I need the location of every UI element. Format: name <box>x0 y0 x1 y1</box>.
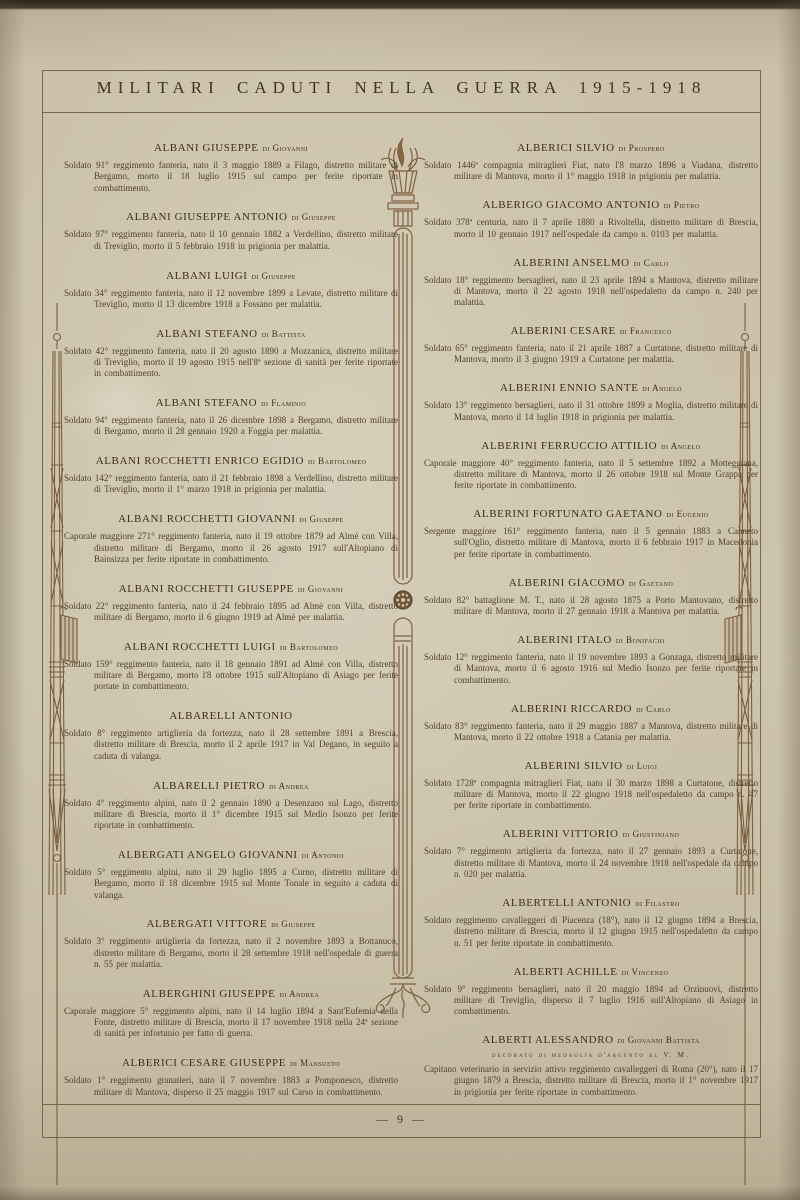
soldier-entry-heading: ALBANI GIUSEPPEdi Giovanni <box>64 140 398 155</box>
soldier-entry-heading: ALBERGATI ANGELO GIOVANNIdi Antonio <box>64 847 398 862</box>
soldier-entry: ALBERINI ANSELMOdi Carlo Soldato 18° reg… <box>424 255 758 309</box>
photo-top-edge <box>0 0 800 10</box>
footer-top-rule <box>42 1104 761 1105</box>
soldier-record-text: Soldato 9° reggimento bersaglieri, nato … <box>424 984 758 1018</box>
soldier-entry: ALBERINI SILVIOdi Luigi Soldato 1728ª co… <box>424 758 758 812</box>
soldier-entry: ALBANI GIUSEPPE ANTONIOdi Giuseppe Solda… <box>64 209 398 252</box>
soldier-name: ALBANI GIUSEPPE <box>154 142 259 154</box>
soldier-name: ALBANI ROCCHETTI ENRICO EGIDIO <box>96 455 304 467</box>
paper-bottom-shading <box>0 1186 800 1200</box>
soldier-name: ALBERINI FERRUCCIO ATTILIO <box>481 440 657 452</box>
soldier-entry: ALBERINI ENNIO SANTEdi Angelo Soldato 13… <box>424 380 758 423</box>
soldier-entry-heading: ALBANI ROCCHETTI ENRICO EGIDIOdi Bartolo… <box>64 453 398 468</box>
soldier-patronymic: di Giovanni <box>298 584 343 594</box>
soldier-record-text: Soldato 18° reggimento bersaglieri, nato… <box>424 275 758 309</box>
soldier-entry: ALBARELLI PIETROdi Andrea Soldato 4° reg… <box>64 778 398 832</box>
soldier-record-text: Soldato 8° reggimento artiglieria da for… <box>64 728 398 762</box>
soldier-name: ALBANI ROCCHETTI GIOVANNI <box>118 513 295 525</box>
soldier-record-text: Soldato 378ª centuria, nato il 7 aprile … <box>424 217 758 240</box>
soldier-record-text: Soldato 42° reggimento fanteria, nato il… <box>64 346 398 380</box>
soldier-entry-heading: ALBANI STEFANOdi Battista <box>64 326 398 341</box>
soldier-record-text: Soldato 65° reggimento fanteria, nato il… <box>424 343 758 366</box>
soldier-entry-heading: ALBERINI CESAREdi Francesco <box>424 323 758 338</box>
soldier-name: ALBERTI ACHILLE <box>514 966 618 978</box>
soldier-name: ALBERINI RICCARDO <box>511 703 632 715</box>
soldier-entry: ALBERTI ALESSANDROdi Giovanni Battista d… <box>424 1032 758 1098</box>
soldier-patronymic: di Vincenzo <box>622 967 669 977</box>
soldier-record-text: Caporale maggiore 40° reggimento fanteri… <box>424 458 758 492</box>
soldier-entry: ALBANI STEFANOdi Flaminio Soldato 94° re… <box>64 395 398 438</box>
soldier-entry: ALBERGATI VITTOREdi Giuseppe Soldato 3° … <box>64 916 398 970</box>
soldier-entry: ALBANI STEFANOdi Battista Soldato 42° re… <box>64 326 398 380</box>
soldier-entry: ALBERINI FERRUCCIO ATTILIOdi Angelo Capo… <box>424 438 758 492</box>
soldier-patronymic: di Giovanni Battista <box>618 1035 700 1045</box>
soldier-patronymic: di Giovanni <box>263 143 308 153</box>
soldier-name: ALBARELLI ANTONIO <box>169 710 292 722</box>
soldier-name: ALBERINI VITTORIO <box>503 828 619 840</box>
soldier-entry-heading: ALBERINI ENNIO SANTEdi Angelo <box>424 380 758 395</box>
soldier-entry: ALBERIGO GIACOMO ANTONIOdi Pietro Soldat… <box>424 197 758 240</box>
soldier-record-text: Soldato 22° reggimento fanteria, nato il… <box>64 601 398 624</box>
soldier-entry-heading: ALBANI ROCCHETTI LUIGIdi Bartolomeo <box>64 639 398 654</box>
soldier-name: ALBERGHINI GIUSEPPE <box>143 988 276 1000</box>
soldier-honor-line: decorato di medaglia d'argento al V. M. <box>424 1050 758 1059</box>
soldier-name: ALBERINI SILVIO <box>525 760 623 772</box>
soldier-name: ALBERTI ALESSANDRO <box>482 1034 613 1046</box>
soldier-record-text: Soldato 1° reggimento granatieri, nato i… <box>64 1075 398 1098</box>
soldier-name: ALBERINI ITALO <box>517 634 612 646</box>
lance-knob <box>54 334 61 341</box>
soldier-name: ALBANI ROCCHETTI GIUSEPPE <box>119 583 294 595</box>
soldier-entry-heading: ALBANI ROCCHETTI GIOVANNIdi Giuseppe <box>64 511 398 526</box>
soldier-patronymic: di Giustiniano <box>623 829 680 839</box>
soldier-entry-heading: ALBERINI RICCARDOdi Carlo <box>424 701 758 716</box>
soldier-record-text: Soldato 1728ª compagnia mitraglieri Fiat… <box>424 778 758 812</box>
soldier-entry: ALBANI ROCCHETTI ENRICO EGIDIOdi Bartolo… <box>64 453 398 496</box>
soldier-record-text: Soldato 5° reggimento alpini, nato il 29… <box>64 867 398 901</box>
soldier-entry-heading: ALBERICI CESARE GIUSEPPEdi Mansueto <box>64 1055 398 1070</box>
soldier-patronymic: di Gaetano <box>629 578 673 588</box>
soldier-entry: ALBANI LUIGIdi Giuseppe Soldato 34° regg… <box>64 268 398 311</box>
soldier-record-text: Sergente maggiore 161° reggimento fanter… <box>424 526 758 560</box>
soldier-record-text: Soldato 3° reggimento artiglieria da for… <box>64 936 398 970</box>
soldier-entry-heading: ALBERINI ANSELMOdi Carlo <box>424 255 758 270</box>
soldier-entry: ALBERINI VITTORIOdi Giustiniano Soldato … <box>424 826 758 880</box>
soldier-record-text: Caporale maggiore 271° reggimento fanter… <box>64 531 398 565</box>
soldier-record-text: Soldato 97° reggimento fanteria, nato il… <box>64 229 398 252</box>
soldier-patronymic: di Filastro <box>635 898 679 908</box>
soldier-record-text: Soldato 4° reggimento alpini, nato il 2 … <box>64 798 398 832</box>
soldier-entry-heading: ALBERINI GIACOMOdi Gaetano <box>424 575 758 590</box>
soldier-name: ALBARELLI PIETRO <box>153 780 265 792</box>
soldier-name: ALBERINI ENNIO SANTE <box>500 382 638 394</box>
soldier-record-text: Soldato 13° reggimento bersaglieri, nato… <box>424 400 758 423</box>
soldier-patronymic: di Carlo <box>636 704 671 714</box>
soldier-record-text: Soldato 1446ª compagnia mitraglieri Fiat… <box>424 160 758 183</box>
soldier-patronymic: di Antonio <box>302 850 344 860</box>
soldier-record-text: Soldato 82° battaglione M. T., nato il 2… <box>424 595 758 618</box>
soldier-record-text: Soldato 83° reggimento fanteria, nato il… <box>424 721 758 744</box>
soldier-record-text: Soldato 12° reggimento fanteria, nato il… <box>424 652 758 686</box>
soldier-entry-heading: ALBANI STEFANOdi Flaminio <box>64 395 398 410</box>
soldier-patronymic: di Andrea <box>269 781 309 791</box>
soldier-entry-heading: ALBERGHINI GIUSEPPEdi Andrea <box>64 986 398 1001</box>
soldier-entry: ALBERINI GIACOMOdi Gaetano Soldato 82° b… <box>424 575 758 618</box>
soldier-entry: ALBANI ROCCHETTI GIOVANNIdi Giuseppe Cap… <box>64 511 398 565</box>
soldier-record-text: Caporale maggiore 5° reggimento alpini, … <box>64 1006 398 1040</box>
soldier-entry-heading: ALBERTI ALESSANDROdi Giovanni Battista <box>424 1032 758 1047</box>
soldier-name: ALBANI STEFANO <box>156 397 257 409</box>
frame-bottom-rule <box>42 1137 761 1138</box>
soldier-name: ALBANI ROCCHETTI LUIGI <box>124 641 276 653</box>
soldier-entry: ALBERINI FORTUNATO GAETANOdi Eugenio Ser… <box>424 506 758 560</box>
soldier-patronymic: di Bartolomeo <box>308 456 366 466</box>
soldier-entry-heading: ALBERINI FORTUNATO GAETANOdi Eugenio <box>424 506 758 521</box>
soldier-record-text: Soldato 94° reggimento fanteria, nato il… <box>64 415 398 438</box>
soldier-entry-heading: ALBANI GIUSEPPE ANTONIOdi Giuseppe <box>64 209 398 224</box>
soldier-name: ALBERINI ANSELMO <box>513 257 629 269</box>
soldier-entry-heading: ALBERINI FERRUCCIO ATTILIOdi Angelo <box>424 438 758 453</box>
title-underline-rule <box>42 112 761 113</box>
soldier-patronymic: di Giuseppe <box>300 514 344 524</box>
soldier-name: ALBERGATI VITTORE <box>147 918 268 930</box>
frame-top-rule <box>42 70 761 71</box>
soldier-entry: ALBERTI ACHILLEdi Vincenzo Soldato 9° re… <box>424 964 758 1018</box>
soldier-patronymic: di Giuseppe <box>252 271 296 281</box>
soldier-record-text: Capitano veterinario in servizio attivo … <box>424 1064 758 1098</box>
memorial-book-page: MILITARI CADUTI NELLA GUERRA 1915-1918 <box>0 0 800 1200</box>
soldier-entry-heading: ALBANI LUIGIdi Giuseppe <box>64 268 398 283</box>
soldier-record-text: Soldato 159° reggimento fanteria, nato i… <box>64 659 398 693</box>
soldier-patronymic: di Giuseppe <box>271 919 315 929</box>
entries-column-left: ALBANI GIUSEPPEdi Giovanni Soldato 91° r… <box>64 140 398 1098</box>
soldier-name: ALBANI GIUSEPPE ANTONIO <box>126 211 288 223</box>
soldier-entry: ALBERGATI ANGELO GIOVANNIdi Antonio Sold… <box>64 847 398 901</box>
soldier-patronymic: di Pietro <box>664 200 700 210</box>
soldier-name: ALBANI STEFANO <box>156 328 257 340</box>
soldier-entry: ALBERINI ITALOdi Bonifacio Soldato 12° r… <box>424 632 758 686</box>
soldier-patronymic: di Luigi <box>627 761 658 771</box>
soldier-entry-heading: ALBANI ROCCHETTI GIUSEPPEdi Giovanni <box>64 581 398 596</box>
soldier-entry: ALBERTELLI ANTONIOdi Filastro Soldato re… <box>424 895 758 949</box>
soldier-name: ALBERIGO GIACOMO ANTONIO <box>482 199 659 211</box>
soldier-entry: ALBANI ROCCHETTI LUIGIdi Bartolomeo Sold… <box>64 639 398 693</box>
soldier-entry: ALBERINI RICCARDOdi Carlo Soldato 83° re… <box>424 701 758 744</box>
soldier-patronymic: di Battista <box>262 329 306 339</box>
soldier-name: ALBERINI CESARE <box>511 325 616 337</box>
soldier-patronymic: di Prospero <box>619 143 665 153</box>
soldier-entry-heading: ALBERGATI VITTOREdi Giuseppe <box>64 916 398 931</box>
soldier-entry-heading: ALBERIGO GIACOMO ANTONIOdi Pietro <box>424 197 758 212</box>
soldier-entry-heading: ALBERINI VITTORIOdi Giustiniano <box>424 826 758 841</box>
soldier-patronymic: di Angelo <box>661 441 700 451</box>
soldier-name: ALBERTELLI ANTONIO <box>502 897 631 909</box>
paper-left-shading <box>0 0 26 1200</box>
page-number: — 9 — <box>42 1112 761 1127</box>
soldier-entry: ALBANI ROCCHETTI GIUSEPPEdi Giovanni Sol… <box>64 581 398 624</box>
soldier-name: ALBERGATI ANGELO GIOVANNI <box>118 849 298 861</box>
soldier-record-text: Soldato 142° reggimento fanteria, nato i… <box>64 473 398 496</box>
soldier-name: ALBANI LUIGI <box>166 270 247 282</box>
soldier-patronymic: di Mansueto <box>290 1058 340 1068</box>
soldier-entry-heading: ALBERTELLI ANTONIOdi Filastro <box>424 895 758 910</box>
soldier-entry: ALBANI GIUSEPPEdi Giovanni Soldato 91° r… <box>64 140 398 194</box>
soldier-entry-heading: ALBERTI ACHILLEdi Vincenzo <box>424 964 758 979</box>
soldier-patronymic: di Flaminio <box>261 398 306 408</box>
soldier-entry: ALBERICI CESARE GIUSEPPEdi Mansueto Sold… <box>64 1055 398 1098</box>
soldier-patronymic: di Carlo <box>634 258 669 268</box>
soldier-name: ALBERICI SILVIO <box>517 142 615 154</box>
soldier-entry: ALBARELLI ANTONIO Soldato 8° reggimento … <box>64 708 398 762</box>
soldier-record-text: Soldato reggimento cavalleggeri di Piace… <box>424 915 758 949</box>
soldier-entry-heading: ALBARELLI PIETROdi Andrea <box>64 778 398 793</box>
soldier-name: ALBERICI CESARE GIUSEPPE <box>122 1057 286 1069</box>
soldier-entry-heading: ALBERICI SILVIOdi Prospero <box>424 140 758 155</box>
soldier-patronymic: di Bonifacio <box>616 635 665 645</box>
soldier-name: ALBERINI GIACOMO <box>509 577 625 589</box>
soldier-entry: ALBERINI CESAREdi Francesco Soldato 65° … <box>424 323 758 366</box>
soldier-patronymic: di Giuseppe <box>292 212 336 222</box>
soldier-patronymic: di Eugenio <box>667 509 709 519</box>
soldier-patronymic: di Angelo <box>643 383 682 393</box>
soldier-entry-heading: ALBERINI ITALOdi Bonifacio <box>424 632 758 647</box>
soldier-entry-heading: ALBERINI SILVIOdi Luigi <box>424 758 758 773</box>
soldier-patronymic: di Francesco <box>620 326 672 336</box>
soldier-record-text: Soldato 34° reggimento fanteria, nato il… <box>64 288 398 311</box>
paper-right-shading <box>778 0 800 1200</box>
soldier-patronymic: di Bartolomeo <box>280 642 338 652</box>
soldier-entry: ALBERICI SILVIOdi Prospero Soldato 1446ª… <box>424 140 758 183</box>
soldier-name: ALBERINI FORTUNATO GAETANO <box>473 508 662 520</box>
soldier-record-text: Soldato 91° reggimento fanteria, nato il… <box>64 160 398 194</box>
soldier-entry-heading: ALBARELLI ANTONIO <box>64 708 398 723</box>
soldier-record-text: Soldato 7° reggimento artiglieria da for… <box>424 846 758 880</box>
entries-column-right: ALBERICI SILVIOdi Prospero Soldato 1446ª… <box>424 140 758 1098</box>
soldier-patronymic: di Andrea <box>279 989 319 999</box>
soldier-entry: ALBERGHINI GIUSEPPEdi Andrea Caporale ma… <box>64 986 398 1040</box>
page-title: MILITARI CADUTI NELLA GUERRA 1915-1918 <box>60 78 743 98</box>
